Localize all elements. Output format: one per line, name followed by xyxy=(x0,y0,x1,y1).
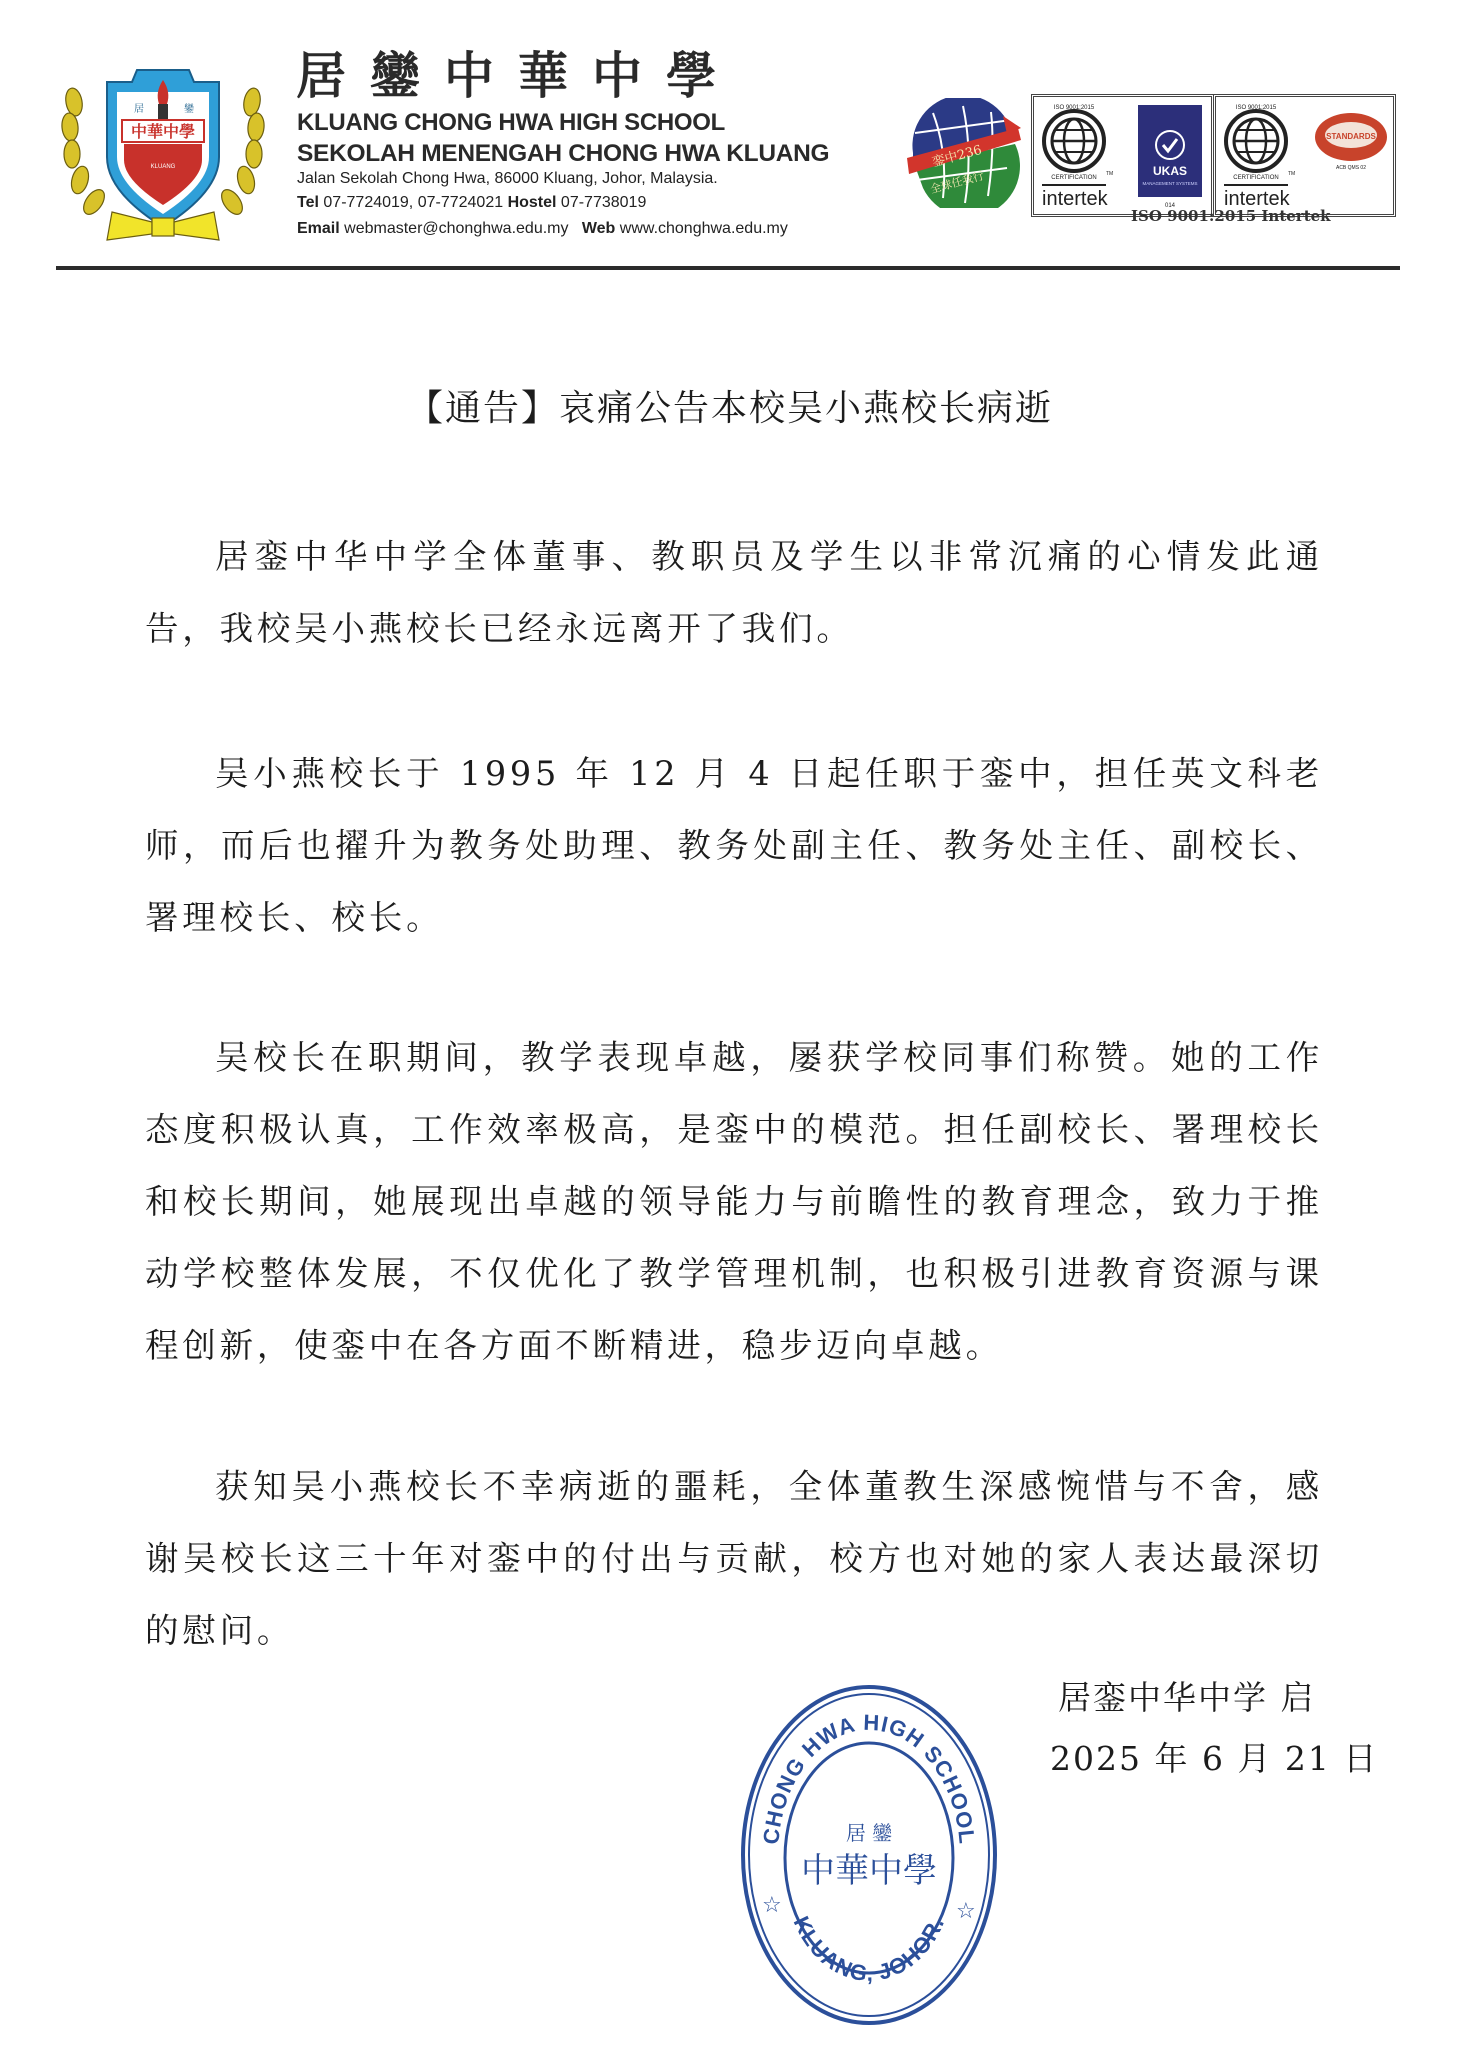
svg-text:UKAS: UKAS xyxy=(1153,164,1187,178)
phone-line: Tel 07-7724019, 07-7724021 Hostel 07-773… xyxy=(297,194,646,212)
svg-text:居 鑾: 居 鑾 xyxy=(846,1821,892,1845)
svg-text:ACB QMS 02: ACB QMS 02 xyxy=(1336,165,1366,171)
notice-title: 【通告】哀痛公告本校吴小燕校长病逝 xyxy=(0,380,1460,431)
svg-text:KLUANG: KLUANG xyxy=(151,164,176,170)
svg-text:intertek: intertek xyxy=(1042,188,1109,210)
standards-malaysia-icon: STANDARDS xyxy=(1315,113,1387,161)
email-web-line: Email webmaster@chonghwa.edu.my Web www.… xyxy=(297,220,788,238)
tel-value: 07-7724019, 07-7724021 xyxy=(323,194,503,211)
web-label: Web xyxy=(582,220,615,237)
svg-text:STANDARDS: STANDARDS xyxy=(1326,132,1376,141)
email-label: Email xyxy=(297,220,340,237)
globe-236-logo: 銮中236 全球任我行 xyxy=(903,98,1023,208)
intertek-globe-icon xyxy=(1226,111,1286,171)
star-icon: ☆ xyxy=(762,1893,782,1918)
svg-text:居: 居 xyxy=(134,103,144,115)
notice-paragraph-2: 吴小燕校长于 1995 年 12 月 4 日起任职于銮中，担任英文科老师，而后也… xyxy=(145,738,1323,954)
svg-text:中華中學: 中華中學 xyxy=(801,1851,937,1891)
svg-text:中華中學: 中華中學 xyxy=(131,122,195,141)
svg-text:ISO 9001:2015: ISO 9001:2015 xyxy=(1236,105,1277,111)
stamp-icon: CHONG HWA HIGH SCHOOL KLUANG, JOHOR. 居 鑾… xyxy=(738,1680,1000,2030)
svg-text:KLUANG, JOHOR.: KLUANG, JOHOR. xyxy=(789,1912,950,1986)
hostel-label: Hostel xyxy=(508,194,557,211)
svg-text:ISO 9001:2015: ISO 9001:2015 xyxy=(1054,105,1095,111)
crest-icon: 中華中學 居 鑾 KLUANG xyxy=(52,62,274,247)
certification-caption: ISO 9001:2015 Intertek xyxy=(1131,207,1331,225)
svg-text:TM: TM xyxy=(1106,171,1113,177)
svg-text:TM: TM xyxy=(1288,171,1295,177)
certification-box-ukas: ISO 9001:2015 CERTIFICATION TM intertek … xyxy=(1031,94,1214,217)
notice-paragraph-3: 吴校长在职期间，教学表现卓越，屡获学校同事们称赞。她的工作态度积极认真，工作效率… xyxy=(145,1022,1323,1382)
school-name-malay: SEKOLAH MENENGAH CHONG HWA KLUANG xyxy=(297,141,829,167)
school-name-chinese: 居鑾中華中學 xyxy=(296,46,740,106)
school-name-english: KLUANG CHONG HWA HIGH SCHOOL xyxy=(297,110,725,136)
svg-text:CERTIFICATION: CERTIFICATION xyxy=(1051,175,1096,181)
school-address: Jalan Sekolah Chong Hwa, 86000 Kluang, J… xyxy=(297,170,718,188)
globe-icon: 銮中236 全球任我行 xyxy=(903,98,1023,208)
school-official-stamp: CHONG HWA HIGH SCHOOL KLUANG, JOHOR. 居 鑾… xyxy=(738,1680,1000,2030)
star-icon: ☆ xyxy=(956,1899,976,1924)
svg-text:鑾: 鑾 xyxy=(184,102,194,115)
letterhead-divider xyxy=(56,266,1400,270)
notice-paragraph-1: 居銮中华中学全体董事、教职员及学生以非常沉痛的心情发此通告，我校吴小燕校长已经永… xyxy=(145,521,1323,665)
notice-paragraph-4: 获知吴小燕校长不幸病逝的噩耗，全体董教生深感惋惜与不舍，感谢吴校长这三十年对銮中… xyxy=(145,1451,1323,1667)
signoff-date: 2025 年 6 月 21 日 xyxy=(1050,1733,1378,1780)
svg-text:CERTIFICATION: CERTIFICATION xyxy=(1233,175,1278,181)
email-link[interactable]: webmaster@chonghwa.edu.my xyxy=(344,220,568,237)
certification-box-standards-malaysia: ISO 9001:2015 CERTIFICATION TM intertek … xyxy=(1213,94,1396,217)
hostel-value: 07-7738019 xyxy=(561,194,646,211)
tel-label: Tel xyxy=(297,194,319,211)
intertek-globe-icon xyxy=(1044,111,1104,171)
school-crest-logo: 中華中學 居 鑾 KLUANG xyxy=(52,62,274,247)
signoff-issuer: 居銮中华中学 启 xyxy=(1058,1672,1316,1719)
svg-text:MANAGEMENT SYSTEMS: MANAGEMENT SYSTEMS xyxy=(1143,181,1198,186)
web-link[interactable]: www.chonghwa.edu.my xyxy=(620,220,788,237)
